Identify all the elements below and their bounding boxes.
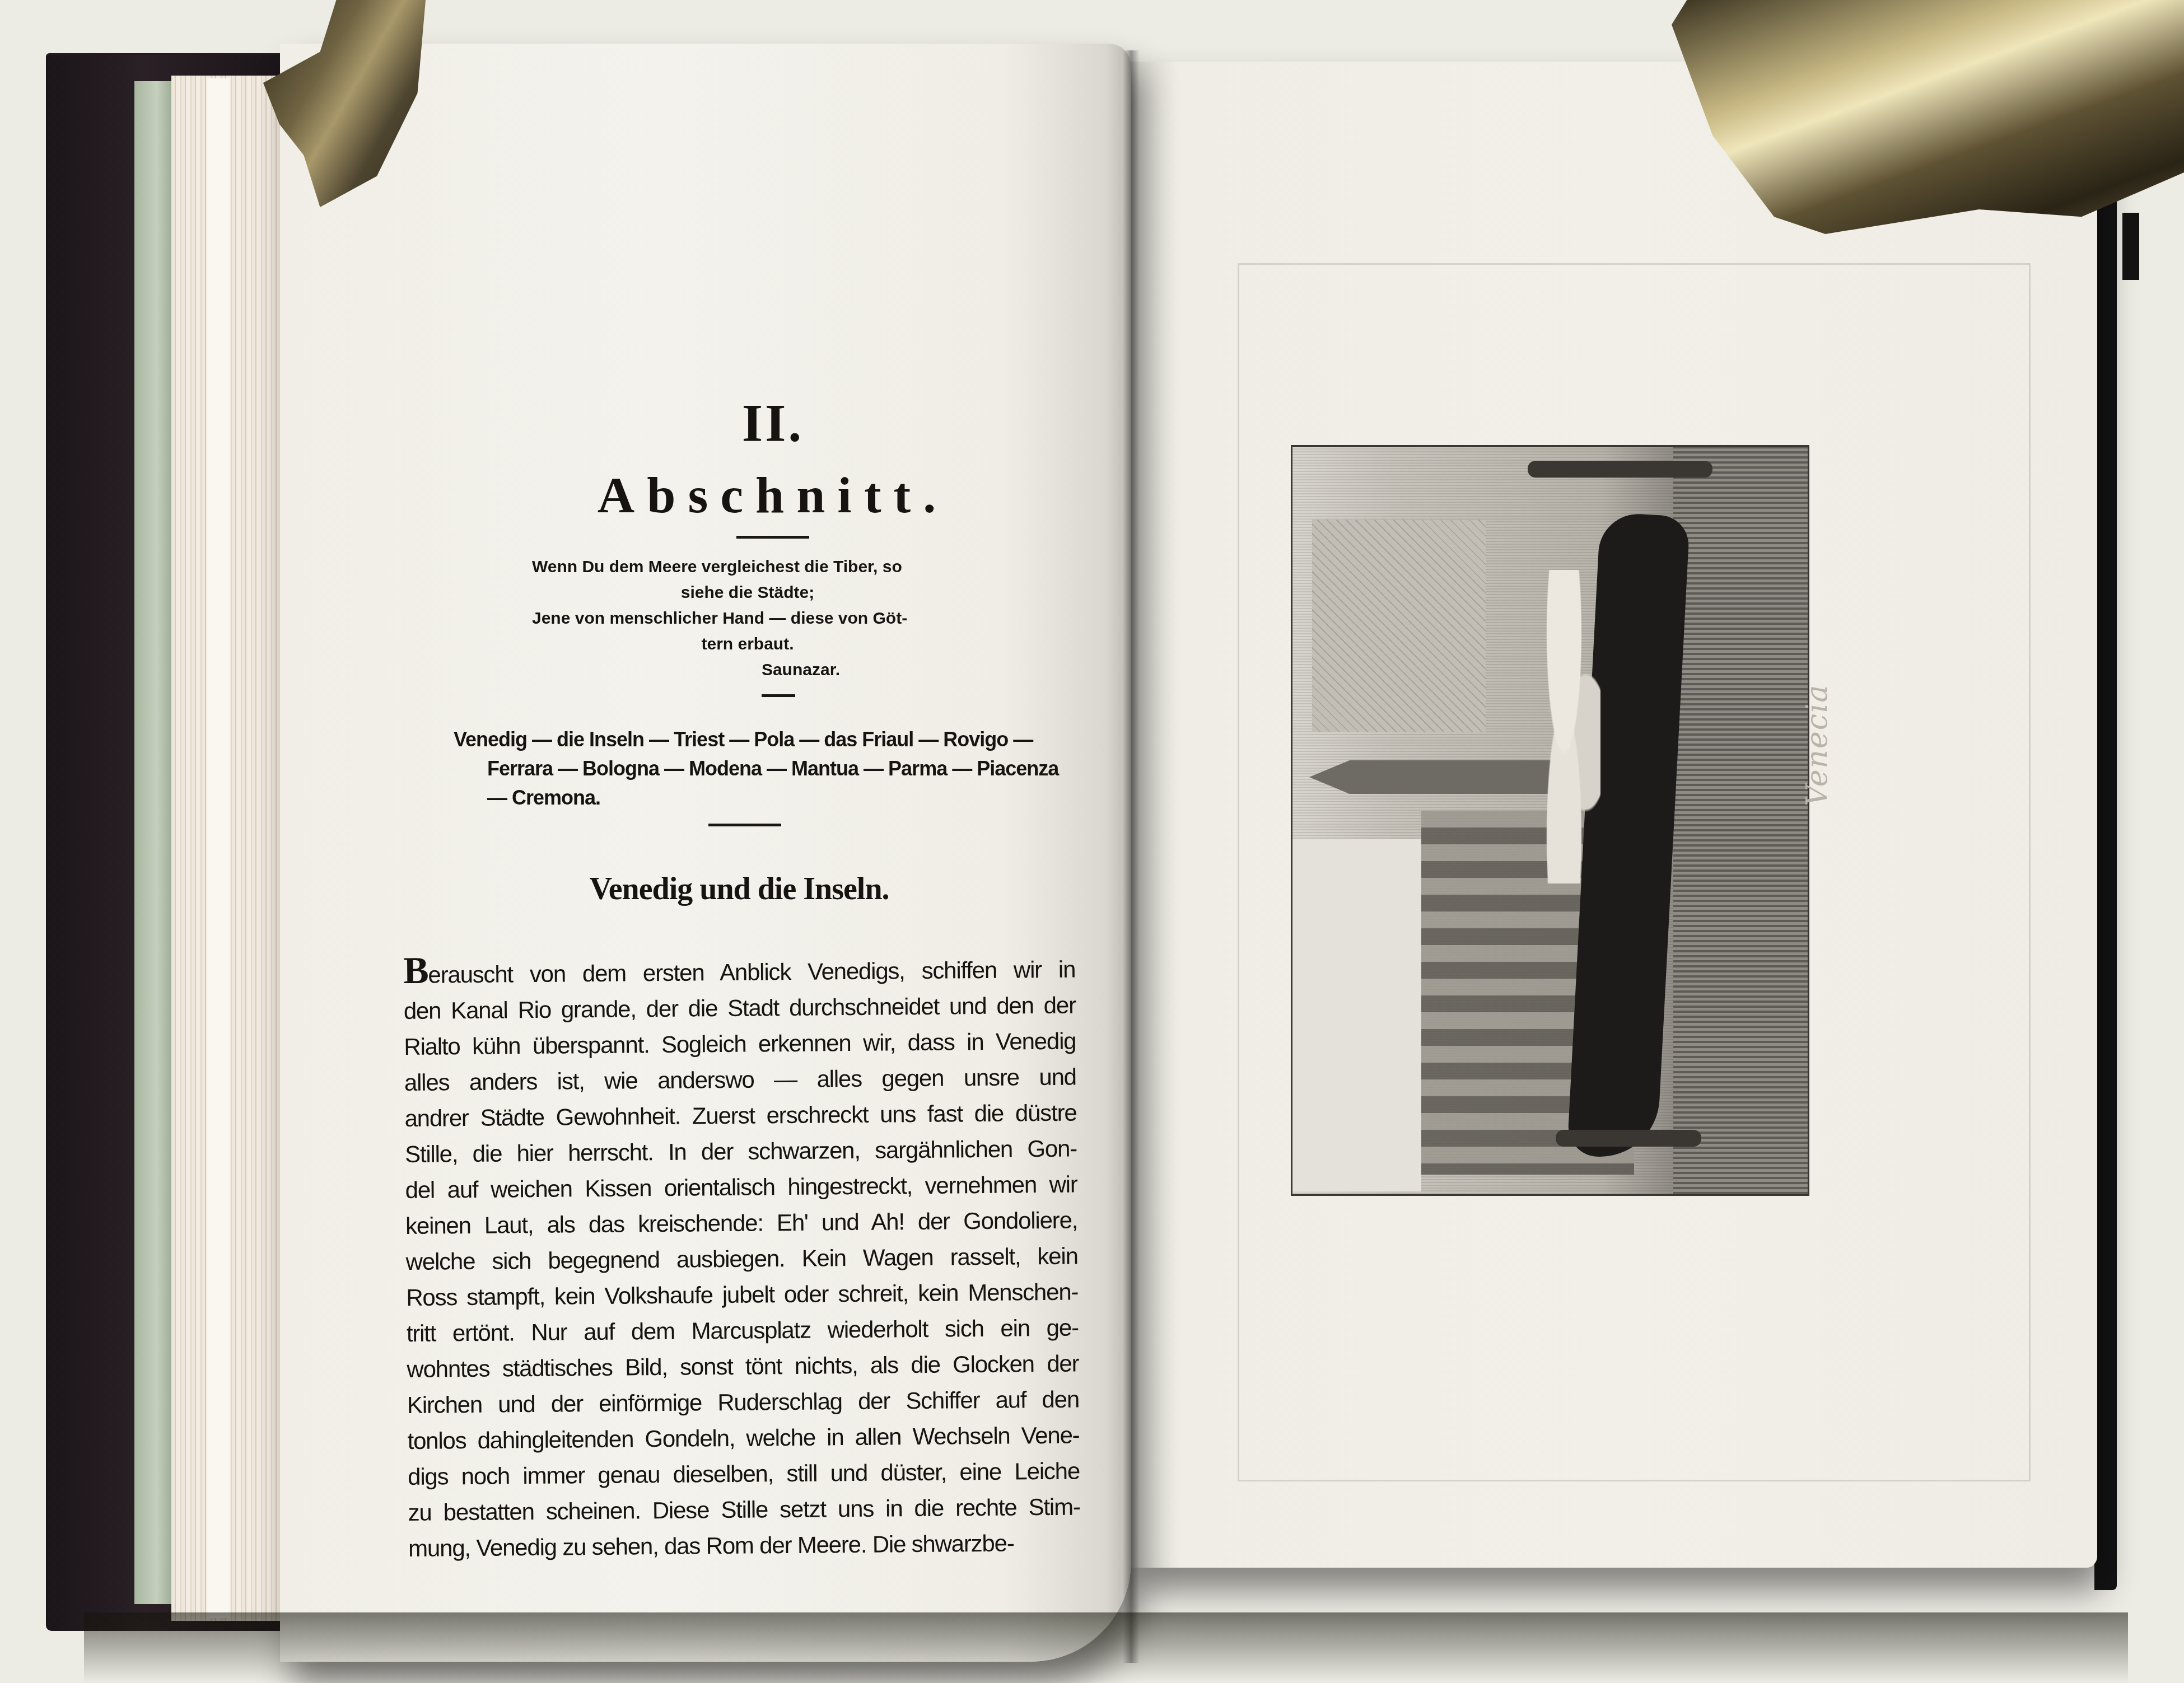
topics-line: Ferrara — Bologna — Modena — Mantua — Pa… xyxy=(454,754,1098,783)
body-line: del auf weichen Kissen orientalisch hing… xyxy=(405,1167,1077,1208)
mooring-pole-icon xyxy=(1556,1130,1701,1147)
body-line: wohntes städtisches Bild, sonst tönt nic… xyxy=(407,1346,1079,1387)
epigraph-line: tern erbaut. xyxy=(532,632,963,657)
epigraph-line: Jene von menschlicher Hand — diese von G… xyxy=(532,609,907,628)
divider-rule xyxy=(708,824,781,826)
body-line: digs noch immer genau dieselben, still u… xyxy=(408,1453,1080,1494)
body-line: Ross stampft, kein Volkshaufe jubelt ode… xyxy=(406,1274,1079,1316)
divider-rule xyxy=(736,536,809,539)
doges-palace-facade xyxy=(1312,520,1486,732)
body-paragraph: Berauscht von dem ersten Anblick Venedig… xyxy=(403,952,1080,1567)
body-line: Rialto kühn überspannt. Sogleich erkenne… xyxy=(404,1023,1076,1065)
body-line: mung, Venedig zu sehen, das Rom der Meer… xyxy=(408,1525,1081,1566)
topics-line: Venedig — die Inseln — Triest — Pola — d… xyxy=(454,728,1033,751)
divider-rule xyxy=(762,694,795,697)
pencil-annotation: Venecia xyxy=(1800,684,1834,806)
book-gutter xyxy=(1123,50,1140,1663)
body-line: Berauscht von dem ersten Anblick Venedig… xyxy=(403,952,1076,993)
body-line: alles anders ist, wie anderswo — alles g… xyxy=(404,1059,1077,1101)
green-endpaper-edge xyxy=(134,81,171,1604)
book-cover-right xyxy=(2094,190,2117,1590)
body-line: andrer Städte Gewohnheit. Zuerst erschre… xyxy=(404,1095,1077,1137)
book-shadow xyxy=(84,1612,2128,1683)
epigraph-line: Wenn Du dem Meere vergleichest die Tiber… xyxy=(532,558,902,576)
engraving-sky xyxy=(1292,839,1421,1191)
page-block-edges xyxy=(171,76,289,1621)
body-line: Kirchen und der einförmige Ruderschlag d… xyxy=(407,1381,1080,1423)
body-line: Stille, die hier herrscht. In der schwar… xyxy=(405,1131,1077,1172)
gondolier-figures xyxy=(1528,570,1600,883)
section-title: Abschnitt. xyxy=(426,465,1120,525)
body-line: zu bestatten scheinen. Diese Stille setz… xyxy=(408,1489,1080,1530)
body-line: tonlos dahingleitenden Gondeln, welche i… xyxy=(407,1417,1080,1458)
venice-gondola-engraving xyxy=(1291,445,1809,1196)
topics-line: — Cremona. xyxy=(454,783,1098,812)
page-block-highlight xyxy=(207,78,230,1618)
body-line: tritt ertönt. Nur auf dem Marcusplatz wi… xyxy=(407,1310,1079,1352)
clip-stem xyxy=(2122,213,2139,280)
body-line: keinen Laut, als das kreischende: Eh' un… xyxy=(405,1203,1078,1244)
open-book-photo: Venecia II. Abschnitt. Wenn Du dem Meere… xyxy=(0,0,2184,1683)
epigraph-line: siehe die Städte; xyxy=(532,580,963,606)
left-page-text: II. Abschnitt. Wenn Du dem Meere verglei… xyxy=(403,358,1098,1567)
section-number: II. xyxy=(426,392,1120,454)
mooring-pole-icon xyxy=(1528,461,1712,478)
body-line: den Kanal Rio grande, der die Stadt durc… xyxy=(404,988,1076,1029)
drop-cap: B xyxy=(403,949,428,992)
epigraph: Wenn Du dem Meere vergleichest die Tiber… xyxy=(403,554,963,683)
chapter-title: Venedig und die Inseln. xyxy=(392,871,1086,907)
epigraph-author: Saunazar. xyxy=(532,657,963,683)
chapter-topics: Venedig — die Inseln — Triest — Pola — d… xyxy=(403,725,1098,812)
body-line: welche sich begegnend ausbiegen. Kein Wa… xyxy=(405,1238,1078,1280)
lagoon-water xyxy=(1673,447,1808,1194)
